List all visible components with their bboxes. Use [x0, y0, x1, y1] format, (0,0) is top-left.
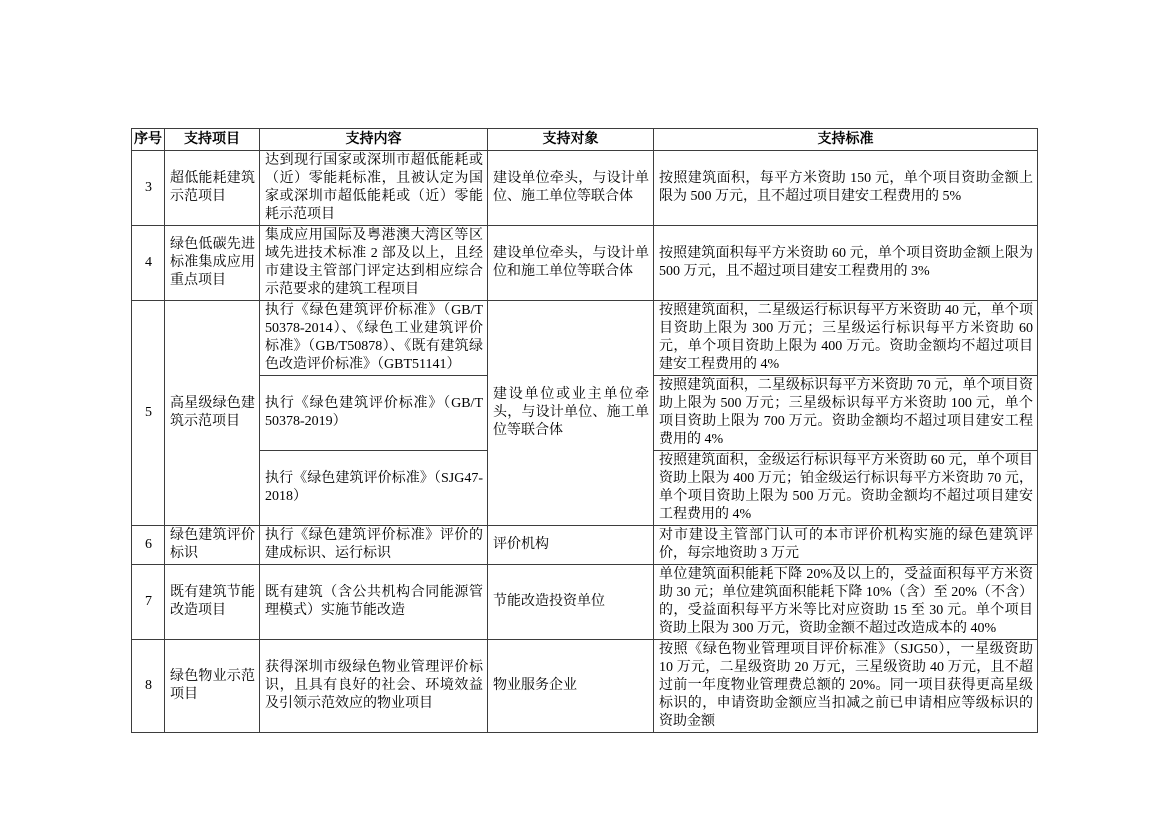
cell-project: 超低能耗建筑示范项目 [165, 151, 260, 226]
cell-project: 高星级绿色建筑示范项目 [165, 301, 260, 526]
cell-standard: 按照建筑面积，金级运行标识每平方米资助 60 元，单个项目资助上限为 400 万… [654, 451, 1038, 526]
cell-project: 绿色物业示范项目 [165, 640, 260, 733]
cell-target: 节能改造投资单位 [488, 565, 654, 640]
cell-content: 执行《绿色建筑评价标准》（GB/T 50378-2019） [260, 376, 488, 451]
cell-standard: 按照建筑面积每平方米资助 60 元，单个项目资助金额上限为 500 万元，且不超… [654, 226, 1038, 301]
cell-no: 7 [132, 565, 165, 640]
cell-no: 5 [132, 301, 165, 526]
cell-content: 达到现行国家或深圳市超低能耗或（近）零能耗标准，且被认定为国家或深圳市超低能耗或… [260, 151, 488, 226]
cell-target: 建设单位或业主单位牵头，与设计单位、施工单位等联合体 [488, 301, 654, 526]
cell-content: 获得深圳市级绿色物业管理评价标识，且具有良好的社会、环境效益及引领示范效应的物业… [260, 640, 488, 733]
cell-standard: 按照建筑面积，每平方米资助 150 元，单个项目资助金额上限为 500 万元，且… [654, 151, 1038, 226]
cell-target: 评价机构 [488, 526, 654, 565]
cell-standard: 按照建筑面积，二星级标识每平方米资助 70 元，单个项目资助上限为 500 万元… [654, 376, 1038, 451]
support-policy-table: 序号 支持项目 支持内容 支持对象 支持标准 3 超低能耗建筑示范项目 达到现行… [131, 128, 1038, 733]
table-row: 8 绿色物业示范项目 获得深圳市级绿色物业管理评价标识，且具有良好的社会、环境效… [132, 640, 1038, 733]
cell-project: 既有建筑节能改造项目 [165, 565, 260, 640]
cell-target: 物业服务企业 [488, 640, 654, 733]
header-no: 序号 [132, 129, 165, 151]
cell-content: 集成应用国际及粤港澳大湾区等区域先进技术标准 2 部及以上，且经市建设主管部门评… [260, 226, 488, 301]
header-content: 支持内容 [260, 129, 488, 151]
header-target: 支持对象 [488, 129, 654, 151]
cell-standard: 对市建设主管部门认可的本市评价机构实施的绿色建筑评价，每宗地资助 3 万元 [654, 526, 1038, 565]
cell-no: 8 [132, 640, 165, 733]
document-page: 序号 支持项目 支持内容 支持对象 支持标准 3 超低能耗建筑示范项目 达到现行… [0, 0, 1170, 827]
cell-content: 既有建筑（含公共机构合同能源管理模式）实施节能改造 [260, 565, 488, 640]
cell-content: 执行《绿色建筑评价标准》评价的建成标识、运行标识 [260, 526, 488, 565]
table-row: 7 既有建筑节能改造项目 既有建筑（含公共机构合同能源管理模式）实施节能改造 节… [132, 565, 1038, 640]
header-project: 支持项目 [165, 129, 260, 151]
cell-no: 6 [132, 526, 165, 565]
cell-target: 建设单位牵头，与设计单位和施工单位等联合体 [488, 226, 654, 301]
cell-standard: 单位建筑面积能耗下降 20%及以上的，受益面积每平方米资助 30 元；单位建筑面… [654, 565, 1038, 640]
cell-target: 建设单位牵头，与设计单位、施工单位等联合体 [488, 151, 654, 226]
cell-project: 绿色建筑评价标识 [165, 526, 260, 565]
cell-no: 3 [132, 151, 165, 226]
cell-no: 4 [132, 226, 165, 301]
header-row: 序号 支持项目 支持内容 支持对象 支持标准 [132, 129, 1038, 151]
cell-standard: 按照《绿色物业管理项目评价标准》（SJG50），一星级资助 10 万元，二星级资… [654, 640, 1038, 733]
table-row: 3 超低能耗建筑示范项目 达到现行国家或深圳市超低能耗或（近）零能耗标准，且被认… [132, 151, 1038, 226]
header-standard: 支持标准 [654, 129, 1038, 151]
table-row: 5 高星级绿色建筑示范项目 执行《绿色建筑评价标准》（GB/T 50378-20… [132, 301, 1038, 376]
table-row: 4 绿色低碳先进标准集成应用重点项目 集成应用国际及粤港澳大湾区等区域先进技术标… [132, 226, 1038, 301]
cell-content: 执行《绿色建筑评价标准》（SJG47-2018） [260, 451, 488, 526]
cell-project: 绿色低碳先进标准集成应用重点项目 [165, 226, 260, 301]
cell-content: 执行《绿色建筑评价标准》（GB/T 50378-2014）、《绿色工业建筑评价标… [260, 301, 488, 376]
cell-standard: 按照建筑面积，二星级运行标识每平方米资助 40 元，单个项目资助上限为 300 … [654, 301, 1038, 376]
table-row: 6 绿色建筑评价标识 执行《绿色建筑评价标准》评价的建成标识、运行标识 评价机构… [132, 526, 1038, 565]
